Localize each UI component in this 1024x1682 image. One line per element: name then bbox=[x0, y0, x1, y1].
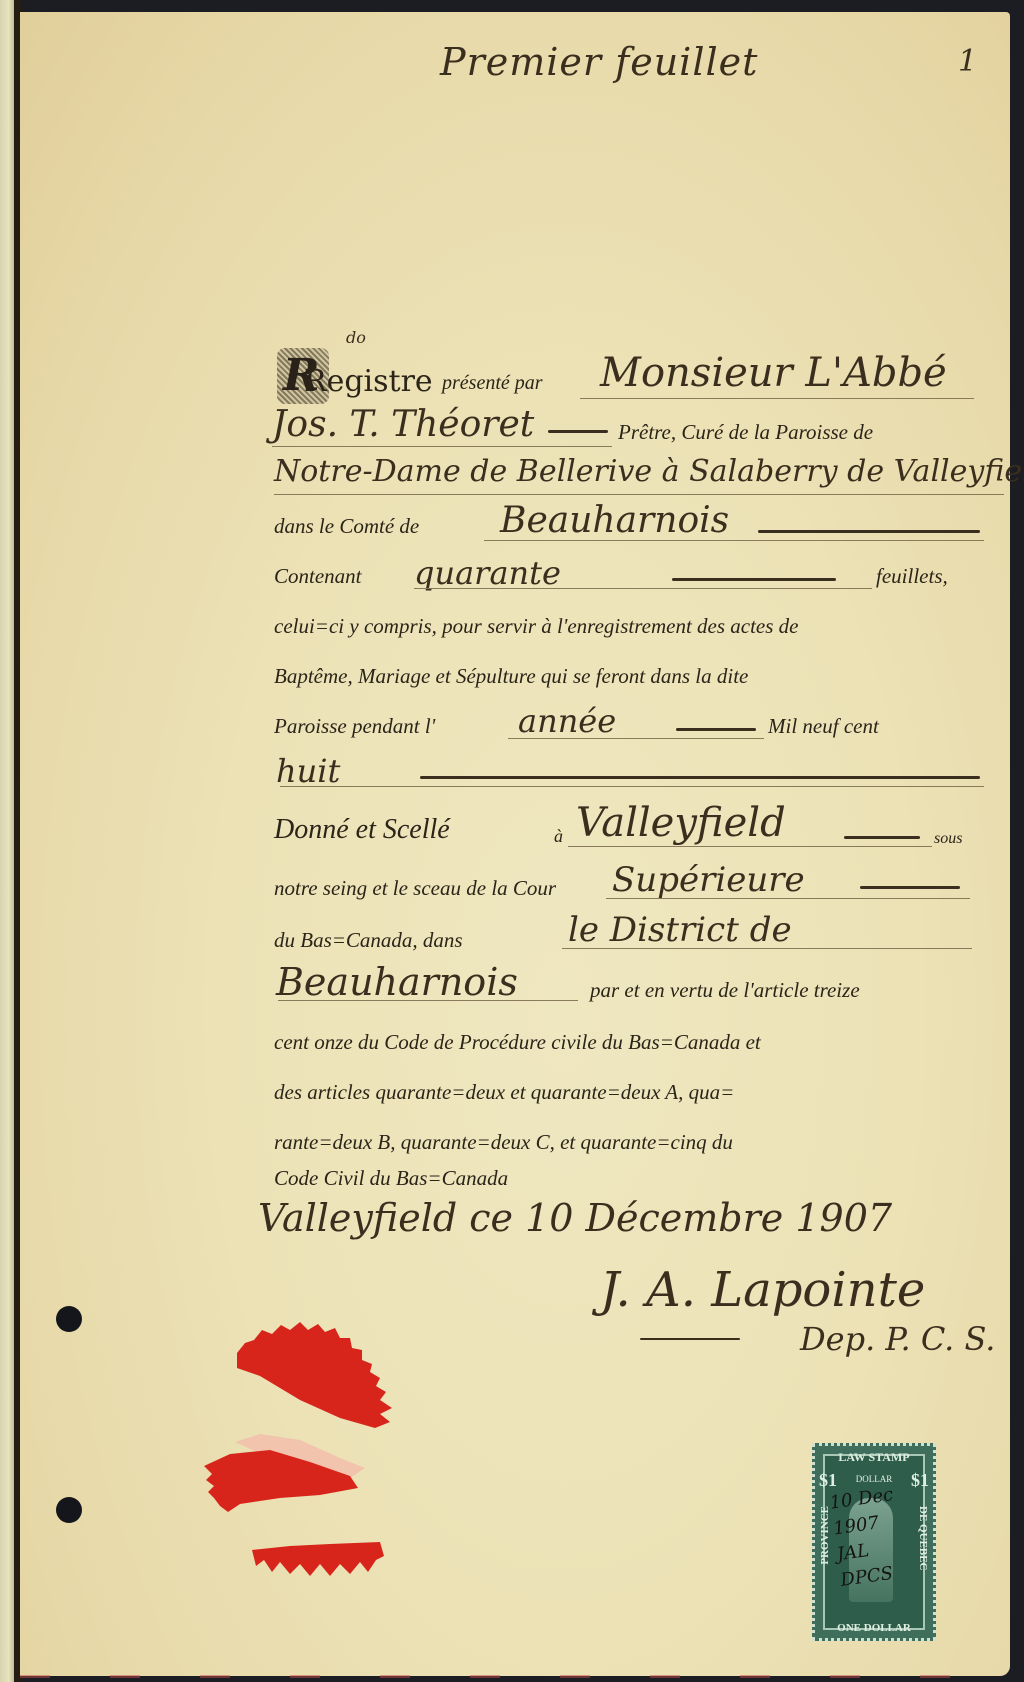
body-text-line: cent onze du Code de Procédure civile du… bbox=[274, 1030, 761, 1055]
county-name: Beauharnois bbox=[500, 500, 729, 541]
leaf-count: quarante bbox=[414, 554, 561, 592]
fill-line bbox=[568, 846, 932, 847]
dash bbox=[844, 836, 920, 839]
body-text-line: Code Civil du Bas=Canada bbox=[274, 1166, 508, 1191]
stamp-bottom-text: ONE DOLLAR bbox=[815, 1622, 933, 1634]
feuillets-label: feuillets, bbox=[876, 564, 948, 589]
annee-value: année bbox=[518, 702, 616, 740]
priest-title-label: Prêtre, Curé de la Paroisse de bbox=[618, 420, 873, 445]
fill-line bbox=[414, 588, 872, 589]
stamp-side-left: PROVINCE bbox=[819, 1506, 831, 1565]
fill-line bbox=[508, 738, 764, 739]
dash bbox=[758, 530, 980, 533]
priest-name: Jos. T. Théoret bbox=[272, 404, 534, 445]
fill-line bbox=[580, 398, 974, 399]
presente-par-label: présenté par bbox=[442, 372, 543, 395]
district-name-value: Beauharnois bbox=[276, 960, 518, 1004]
body-text-line: celui=ci y compris, pour servir à l'enre… bbox=[274, 614, 799, 639]
contenant-label: Contenant bbox=[274, 564, 362, 589]
body-text-line: Baptême, Mariage et Sépulture qui se fer… bbox=[274, 664, 748, 689]
law-stamp: LAW STAMP $1 $1 DOLLAR PROVINCE DE QUEBE… bbox=[812, 1443, 936, 1641]
stamp-top-text: LAW STAMP bbox=[815, 1450, 933, 1465]
year-value: huit bbox=[276, 752, 340, 790]
date-line: Valleyfield ce 10 Décembre 1907 bbox=[258, 1196, 892, 1240]
red-wax-seal-icon bbox=[180, 1310, 450, 1580]
fill-line bbox=[272, 446, 612, 447]
binding-hole bbox=[56, 1497, 82, 1523]
parish-name: Notre-Dame de Bellerive à Salaberry de V… bbox=[274, 454, 1024, 489]
register-page bbox=[20, 12, 1010, 1676]
signature-name: J. A. Lapointe bbox=[600, 1262, 925, 1318]
paroisse-pendant-label: Paroisse pendant l' bbox=[274, 714, 435, 739]
page-bottom-edge bbox=[20, 1675, 1010, 1678]
fill-line bbox=[562, 948, 972, 949]
body-text-line: des articles quarante=deux et quarante=d… bbox=[274, 1080, 734, 1105]
header-title: Premier feuillet bbox=[440, 40, 758, 84]
fill-line bbox=[274, 494, 1004, 495]
dash bbox=[672, 578, 836, 581]
fill-line bbox=[484, 540, 984, 541]
dash bbox=[420, 776, 980, 779]
sous-label: sous bbox=[934, 830, 962, 848]
bas-canada-label: du Bas=Canada, dans bbox=[274, 928, 463, 953]
fill-line bbox=[278, 1000, 578, 1001]
presenter-name: Monsieur L'Abbé bbox=[600, 350, 947, 396]
stamp-denomination: DOLLAR bbox=[815, 1474, 933, 1484]
a-label: à bbox=[554, 826, 563, 847]
small-mark: do bbox=[346, 328, 366, 347]
court-value: Supérieure bbox=[612, 860, 805, 900]
page-number: 1 bbox=[958, 44, 977, 79]
signature-flourish bbox=[640, 1338, 740, 1340]
dash bbox=[548, 430, 608, 433]
body-text-line: par et en vertu de l'article treize bbox=[590, 978, 860, 1003]
donne-scelle-label: Donné et Scellé bbox=[274, 814, 450, 846]
stamp-side-right: DE QUEBEC bbox=[917, 1506, 929, 1571]
registre-label: Registre bbox=[304, 364, 433, 399]
dash bbox=[676, 728, 756, 731]
fill-line bbox=[280, 786, 984, 787]
seing-label: notre seing et le sceau de la Cour bbox=[274, 876, 556, 901]
signature-title: Dep. P. C. S. bbox=[800, 1320, 995, 1358]
dash bbox=[860, 886, 960, 889]
place-value: Valleyfield bbox=[576, 800, 786, 846]
body-text-line: rante=deux B, quarante=deux C, et quaran… bbox=[274, 1130, 733, 1155]
mil-neuf-cent-label: Mil neuf cent bbox=[768, 714, 879, 739]
binding-hole bbox=[56, 1306, 82, 1332]
fill-line bbox=[606, 898, 970, 899]
comte-label: dans le Comté de bbox=[274, 514, 419, 539]
district-value: le District de bbox=[568, 910, 792, 950]
